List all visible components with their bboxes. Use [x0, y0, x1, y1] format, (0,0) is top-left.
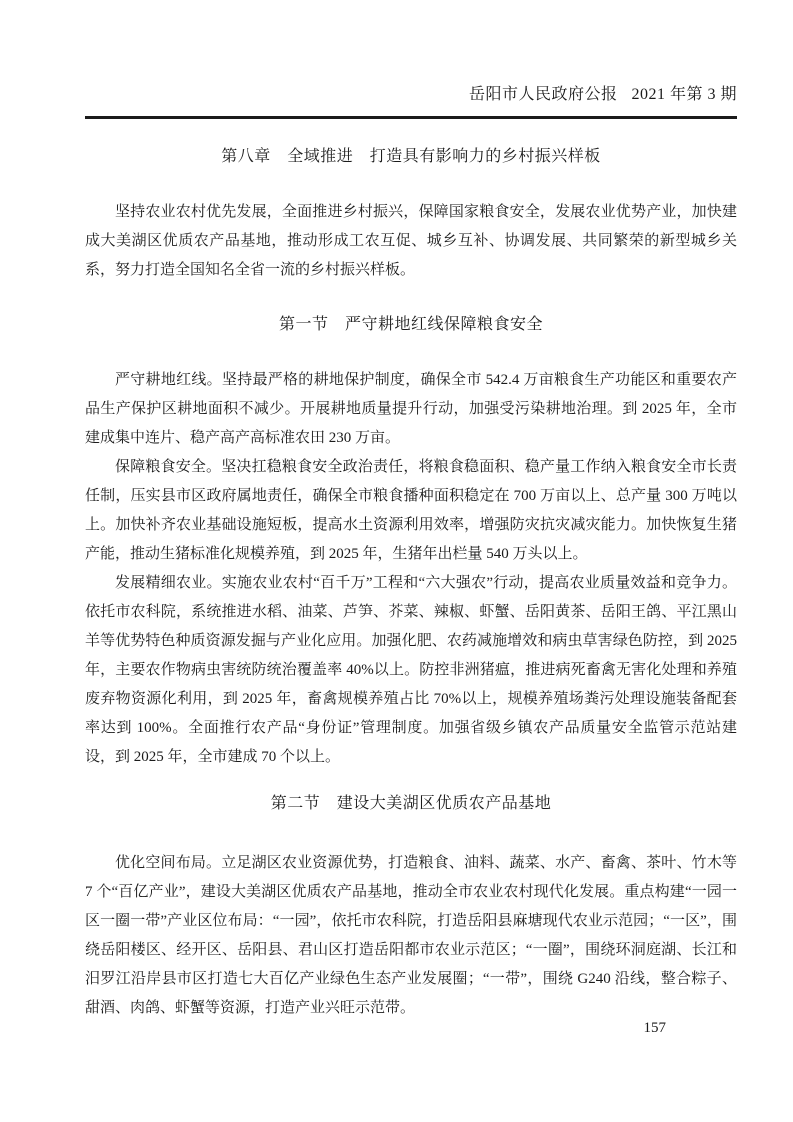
paragraph-farmland-redline: 严守耕地红线。坚持最严格的耕地保护制度，确保全市 542.4 万亩粮食生产功能区…: [85, 366, 737, 453]
chapter-title: 第八章 全域推进 打造具有影响力的乡村振兴样板: [85, 145, 737, 168]
section-2-title: 第二节 建设大美湖区优质农产品基地: [85, 792, 737, 815]
document-body: 第八章 全域推进 打造具有影响力的乡村振兴样板 坚持农业农村优先发展，全面推进乡…: [85, 145, 737, 1023]
paragraph-spatial-layout: 优化空间布局。立足湖区农业资源优势，打造粮食、油料、蔬菜、水产、畜禽、茶叶、竹木…: [85, 849, 737, 1023]
section-1-title: 第一节 严守耕地红线保障粮食安全: [85, 313, 737, 336]
page-header: 岳阳市人民政府公报2021 年第 3 期: [85, 84, 737, 106]
document-page: 岳阳市人民政府公报2021 年第 3 期 第八章 全域推进 打造具有影响力的乡村…: [0, 0, 793, 1122]
page-number: 157: [644, 1018, 667, 1038]
chapter-intro-paragraph: 坚持农业农村优先发展，全面推进乡村振兴，保障国家粮食安全，发展农业优势产业，加快…: [85, 198, 737, 285]
header-rule: [85, 116, 737, 119]
issue-label: 2021 年第 3 期: [631, 86, 737, 103]
paragraph-fine-agriculture: 发展精细农业。实施农业农村“百千万”工程和“六大强农”行动，提高农业质量效益和竞…: [85, 569, 737, 772]
paragraph-grain-security: 保障粮食安全。坚决扛稳粮食安全政治责任，将粮食稳面积、稳产量工作纳入粮食安全市长…: [85, 453, 737, 569]
journal-title: 岳阳市人民政府公报: [469, 86, 618, 103]
